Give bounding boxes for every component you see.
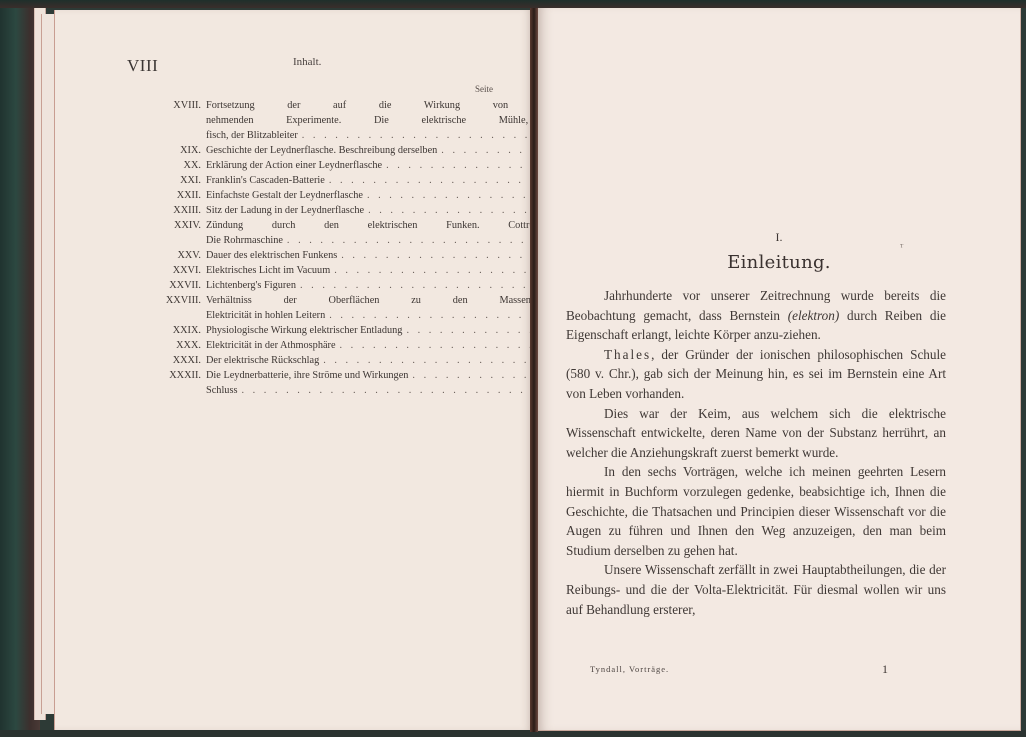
toc-line: Franklin's Cascaden-Batterie <box>206 173 325 188</box>
toc-entry: XXIII.Sitz der Ladung in der Leydnerflas… <box>131 203 505 218</box>
running-head: Inhalt. <box>293 56 321 68</box>
paragraph: Unsere Wissenschaft zerfällt in zwei Hau… <box>566 560 946 619</box>
toc-chapter-number: XXIII. <box>131 203 206 218</box>
toc-line: Der elektrische Rückschlag <box>206 353 319 368</box>
toc-entry: XXVII.Lichtenberg's Figuren. . . . . . .… <box>131 278 505 293</box>
toc-entry: XXIX.Physiologische Wirkung elektrischer… <box>131 323 505 338</box>
toc-line: Elektricität in der Athmosphäre <box>206 338 336 353</box>
toc-line: fisch, der Blitzableiter <box>206 128 298 143</box>
table-of-contents: XVIII.Fortsetzung der auf die Wirkung vo… <box>131 98 505 398</box>
toc-chapter-number: XXVI. <box>131 263 206 278</box>
toc-entry: XXXII.Die Leydnerbatterie, ihre Ströme u… <box>131 368 505 383</box>
chapter-title: Einleitung. <box>538 252 1020 273</box>
toc-chapter-number: XVIII. <box>131 98 206 143</box>
toc-chapter-number <box>131 383 206 398</box>
toc-chapter-number: XXXII. <box>131 368 206 383</box>
toc-entry: XXIV.Zündung durch den elektrischen Funk… <box>131 218 505 248</box>
toc-line: Elektrisches Licht im Vacuum <box>206 263 330 278</box>
spaced-name: Thales <box>604 347 651 362</box>
toc-entry: XIX.Geschichte der Leydnerflasche. Besch… <box>131 143 505 158</box>
book-gutter <box>530 8 538 732</box>
toc-chapter-number: XXI. <box>131 173 206 188</box>
toc-line: Lichtenberg's Figuren <box>206 278 296 293</box>
toc-line: Die Rohrmaschine <box>206 233 283 248</box>
toc-line: Sitz der Ladung in der Leydnerflasche <box>206 203 364 218</box>
toc-entry: XXX.Elektricität in der Athmosphäre. . .… <box>131 338 505 353</box>
toc-chapter-number: XXII. <box>131 188 206 203</box>
toc-entry: XX.Erklärung der Action einer Leydnerfla… <box>131 158 505 173</box>
italic-term: (elektron) <box>788 308 840 323</box>
body-text: Jahrhunderte vor unserer Zeitrechnung wu… <box>566 286 946 619</box>
toc-line: Physiologische Wirkung elektrischer Entl… <box>206 323 402 338</box>
toc-chapter-number: XXX. <box>131 338 206 353</box>
right-page: I. Einleitung. Jahrhunderte vor unserer … <box>538 8 1021 731</box>
left-page: VIII Inhalt. Seite XVIII.Fortsetzung der… <box>54 10 533 730</box>
page-column-header: Seite <box>475 84 493 94</box>
toc-chapter-number: XXIV. <box>131 218 206 248</box>
toc-line: Geschichte der Leydnerflasche. Beschreib… <box>206 143 437 158</box>
toc-entry: XVIII.Fortsetzung der auf die Wirkung vo… <box>131 98 505 143</box>
toc-chapter-number: XXVII. <box>131 278 206 293</box>
toc-entry: XXV.Dauer des elektrischen Funkens. . . … <box>131 248 505 263</box>
toc-entry: XXXI.Der elektrische Rückschlag. . . . .… <box>131 353 505 368</box>
paragraph: Thales, der Gründer der ionischen philos… <box>566 345 946 404</box>
footer-signature: Tyndall, Vorträge. <box>590 664 669 674</box>
toc-chapter-number: XXV. <box>131 248 206 263</box>
book-cover-bottom-edge <box>0 730 1026 737</box>
paragraph: In den sechs Vorträgen, welche ich meine… <box>566 462 946 560</box>
toc-line: Elektricität in hohlen Leitern <box>206 308 325 323</box>
book-cover-top-edge <box>0 0 1026 8</box>
folio-number: VIII <box>127 56 158 76</box>
toc-entry: XXII.Einfachste Gestalt der Leydnerflasc… <box>131 188 505 203</box>
toc-chapter-number: XXXI. <box>131 353 206 368</box>
chapter-number: I. <box>538 230 1020 245</box>
toc-line: Einfachste Gestalt der Leydnerflasche <box>206 188 363 203</box>
toc-line: Dauer des elektrischen Funkens <box>206 248 337 263</box>
toc-line: Schluss <box>206 383 237 398</box>
toc-line: Erklärung der Action einer Leydnerflasch… <box>206 158 382 173</box>
toc-chapter-number: XXVIII. <box>131 293 206 323</box>
toc-entry: XXI.Franklin's Cascaden-Batterie. . . . … <box>131 173 505 188</box>
print-mark: ᵀ <box>900 242 903 252</box>
page-edge <box>41 14 54 714</box>
toc-chapter-number: XIX. <box>131 143 206 158</box>
toc-line: Die Leydnerbatterie, ihre Ströme und Wir… <box>206 368 408 383</box>
toc-chapter-number: XXIX. <box>131 323 206 338</box>
toc-entry: Schluss. . . . . . . . . . . . . . . . .… <box>131 383 505 398</box>
page-number: 1 <box>882 662 888 677</box>
leader-dots: . . . . . . . . . . . . . . . . . . . . … <box>237 383 570 398</box>
toc-chapter-number: XX. <box>131 158 206 173</box>
toc-entry: XXVI.Elektrisches Licht im Vacuum. . . .… <box>131 263 505 278</box>
paragraph: Dies war der Keim, aus welchem sich die … <box>566 404 946 463</box>
toc-title: Schluss. . . . . . . . . . . . . . . . .… <box>206 383 570 398</box>
paragraph: Jahrhunderte vor unserer Zeitrechnung wu… <box>566 286 946 345</box>
toc-entry: XXVIII.Verhältniss der Oberflächen zu de… <box>131 293 505 323</box>
